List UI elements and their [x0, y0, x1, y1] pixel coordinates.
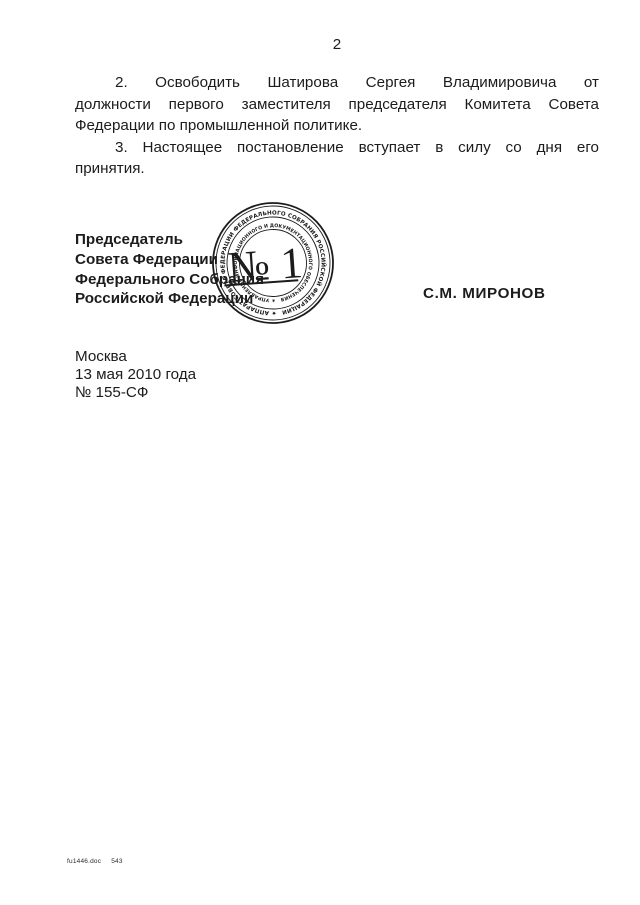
body-text: 2. Освободить Шатирова Сергея Владимиров…	[75, 72, 599, 180]
issuance-date: 13 мая 2010 года	[75, 366, 196, 384]
signatory-name: С.М. МИРОНОВ	[423, 285, 546, 302]
issuance-city: Москва	[75, 348, 196, 366]
document-page: 2 2. Освободить Шатирова Сергея Владимир…	[0, 0, 640, 905]
paragraph-line: принятия.	[75, 158, 599, 180]
paragraph-line: 2. Освободить Шатирова Сергея Владимиров…	[75, 72, 599, 94]
footer-note: fu1446.doc 543	[67, 858, 123, 865]
official-stamp: ★ АППАРАТ СОВЕТА ФЕДЕРАЦИИ ФЕДЕРАЛЬНОГО …	[203, 193, 343, 333]
paragraph-item-2: 2. Освободить Шатирова Сергея Владимиров…	[75, 72, 599, 137]
page-number: 2	[75, 36, 599, 53]
issuance-block: Москва 13 мая 2010 года № 155-СФ	[75, 348, 196, 401]
paragraph-line: 3. Настоящее постановление вступает в си…	[75, 137, 599, 159]
paragraph-item-3: 3. Настоящее постановление вступает в си…	[75, 137, 599, 180]
paragraph-line: Федерации по промышленной политике.	[75, 115, 599, 137]
paragraph-line: должности первого заместителя председате…	[75, 94, 599, 116]
stamp-ink-group: ★ АППАРАТ СОВЕТА ФЕДЕРАЦИИ ФЕДЕРАЛЬНОГО …	[209, 199, 337, 327]
issuance-number: № 155-СФ	[75, 384, 196, 402]
